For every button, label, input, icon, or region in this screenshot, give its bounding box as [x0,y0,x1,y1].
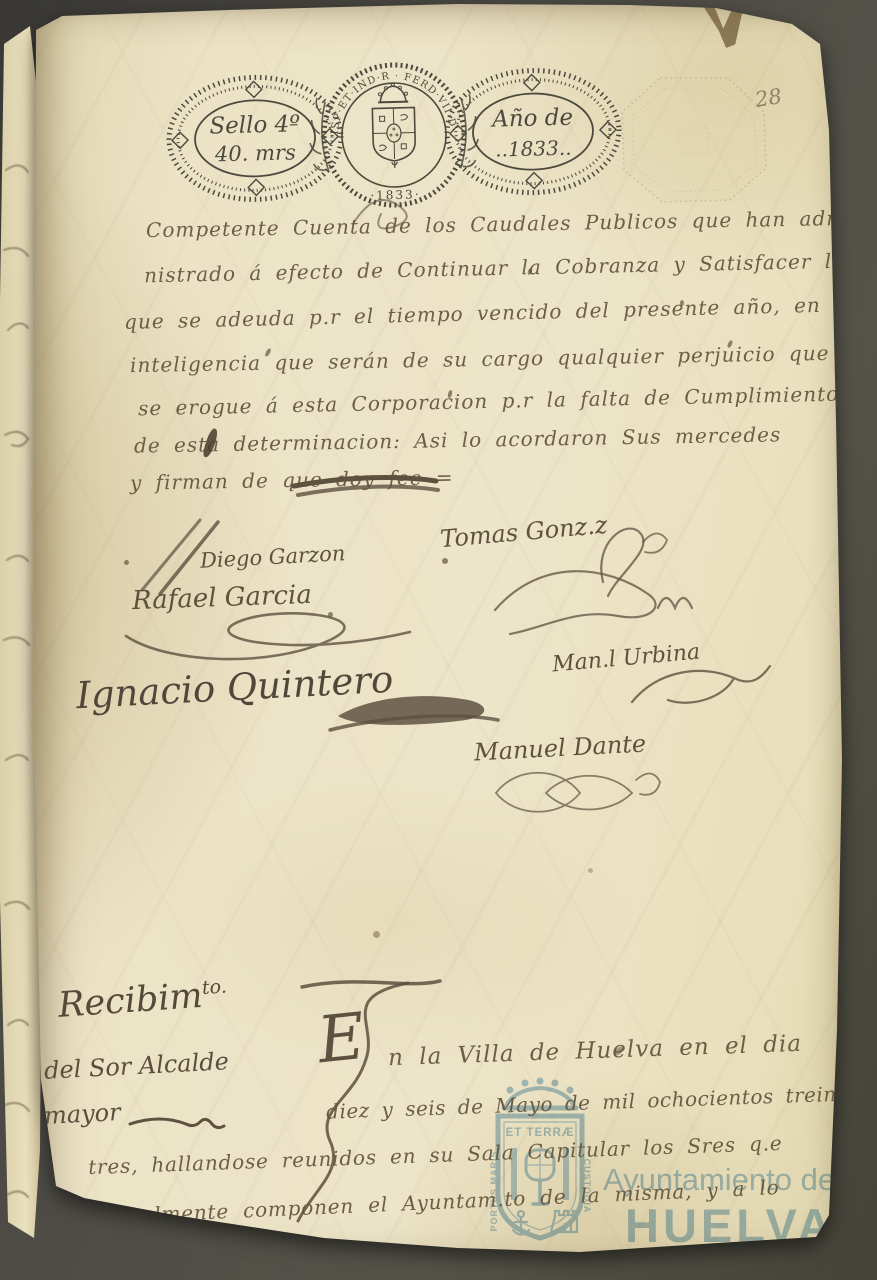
closing-dash [286,472,446,506]
rubric-flourish [480,548,710,648]
margin-note-line1: Recibimto. [57,974,229,1026]
ink-speck [588,868,593,873]
manuscript-line: inteligencia que serán de su cargo qualq… [130,341,830,377]
crest-motto-top: ET TERRÆ [506,1127,575,1139]
manuscript-line: de esta determinacion: Asi lo acordaron … [134,422,782,457]
ink-speck [373,931,380,938]
ink-speck [328,612,333,617]
margin-note-line3: mayor [43,1098,121,1130]
ink-speck [124,560,129,565]
margin-note-line2: del Sor Alcalde [43,1047,229,1085]
closing-initial: E [314,1000,368,1078]
ink-smear [326,686,506,742]
manuscript-line: nistrado á efecto de Continuar la Cobran… [144,249,846,288]
manuscript-line: se erogue á esta Corporacion p.r la falt… [138,382,840,421]
stamp-year-line1: Año de [490,105,574,133]
rubric-flourish [486,760,686,826]
stamp-denomination-line1: Sello 4º [209,111,300,139]
rubric-flourish [626,658,776,722]
stamp-denomination-line2: 40. mrs [214,140,297,166]
ink-speck [680,300,684,306]
embossed-seal [614,72,774,208]
closing-line: n la Villa de Huelva en el dia [388,1031,803,1071]
stamp-year-line2: ..1833.. [495,136,572,162]
manuscript-sheet: 28 [28,0,850,1280]
ink-blot [704,2,750,48]
ink-speck [442,558,448,564]
seal-legend: HISP·ET·IND·R · FERD·VII·D·G [156,50,458,140]
margin-dash [124,1108,254,1136]
watermark-city-name: HUELVA [625,1198,835,1253]
manuscript-line: que se adeuda p.r el tiempo vencido del … [124,292,855,334]
